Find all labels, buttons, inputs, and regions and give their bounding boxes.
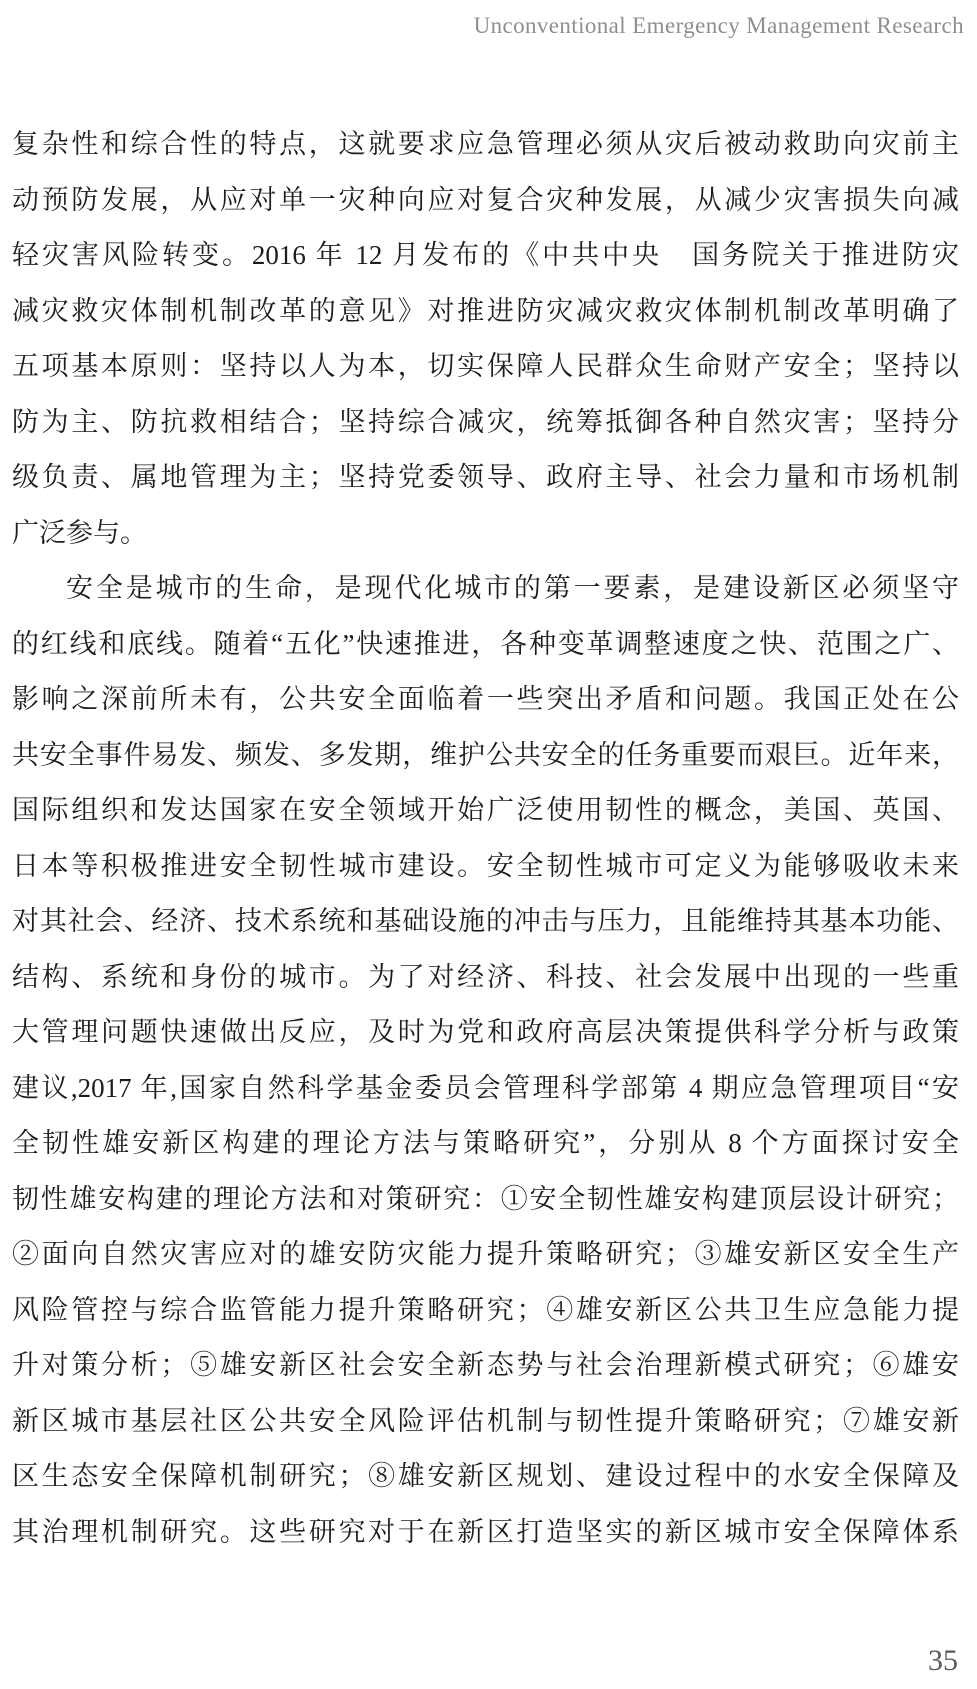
paragraph: 安全是城市的生命，是现代化城市的第一要素，是建设新区必须坚守的红线和底线。随着“… <box>12 561 959 1560</box>
paragraph: 复杂性和综合性的特点，这就要求应急管理必须从灾后被动救助向灾前主动预防发展，从应… <box>12 117 959 561</box>
text-line: 新区城市基层社区公共安全风险评估机制与韧性提升策略研究；⑦雄安新 <box>12 1394 959 1450</box>
text-line: 复杂性和综合性的特点，这就要求应急管理必须从灾后被动救助向灾前主 <box>12 117 959 173</box>
text-line: 级负责、属地管理为主；坚持党委领导、政府主导、社会力量和市场机制 <box>12 450 959 506</box>
text-line: 对其社会、经济、技术系统和基础设施的冲击与压力，且能维持其基本功能、 <box>12 894 959 950</box>
text-line: 减灾救灾体制机制改革的意见》对推进防灾减灾救灾体制机制改革明确了 <box>12 284 959 340</box>
text-line: 的红线和底线。随着“五化”快速推进，各种变革调整速度之快、范围之广、 <box>12 617 959 673</box>
running-header: Unconventional Emergency Management Rese… <box>474 12 964 40</box>
document-page: Unconventional Emergency Management Rese… <box>0 0 977 1689</box>
text-line: 建议,2017 年,国家自然科学基金委员会管理科学部第 4 期应急管理项目“安 <box>12 1061 959 1117</box>
text-line: 国际组织和发达国家在安全领域开始广泛使用韧性的概念，美国、英国、 <box>12 783 959 839</box>
text-line: 五项基本原则：坚持以人为本，切实保障人民群众生命财产安全；坚持以 <box>12 339 959 395</box>
page-number: 35 <box>928 1646 958 1676</box>
text-line: 轻灾害风险转变。2016 年 12 月发布的《中共中央 国务院关于推进防灾 <box>12 228 959 284</box>
text-line: 广泛参与。 <box>12 506 959 562</box>
text-line: 升对策分析；⑤雄安新区社会安全新态势与社会治理新模式研究；⑥雄安 <box>12 1338 959 1394</box>
text-line: 防为主、防抗救相结合；坚持综合减灾，统筹抵御各种自然灾害；坚持分 <box>12 395 959 451</box>
text-line: 韧性雄安构建的理论方法和对策研究：①安全韧性雄安构建顶层设计研究； <box>12 1172 959 1228</box>
text-line: 全韧性雄安新区构建的理论方法与策略研究”，分别从 8 个方面探讨安全 <box>12 1116 959 1172</box>
text-line: 其治理机制研究。这些研究对于在新区打造坚实的新区城市安全保障体系 <box>12 1505 959 1561</box>
text-line: 结构、系统和身份的城市。为了对经济、科技、社会发展中出现的一些重 <box>12 950 959 1006</box>
text-line: 大管理问题快速做出反应，及时为党和政府高层决策提供科学分析与政策 <box>12 1005 959 1061</box>
text-line: 影响之深前所未有，公共安全面临着一些突出矛盾和问题。我国正处在公 <box>12 672 959 728</box>
text-line: 共安全事件易发、频发、多发期，维护公共安全的任务重要而艰巨。近年来， <box>12 728 959 784</box>
text-line: 风险管控与综合监管能力提升策略研究；④雄安新区公共卫生应急能力提 <box>12 1283 959 1339</box>
text-line: ②面向自然灾害应对的雄安防灾能力提升策略研究；③雄安新区安全生产 <box>12 1227 959 1283</box>
text-line: 区生态安全保障机制研究；⑧雄安新区规划、建设过程中的水安全保障及 <box>12 1449 959 1505</box>
text-line: 日本等积极推进安全韧性城市建设。安全韧性城市可定义为能够吸收未来 <box>12 839 959 895</box>
text-line: 动预防发展，从应对单一灾种向应对复合灾种发展，从减少灾害损失向减 <box>12 173 959 229</box>
page-body: 复杂性和综合性的特点，这就要求应急管理必须从灾后被动救助向灾前主动预防发展，从应… <box>12 117 959 1560</box>
text-line: 安全是城市的生命，是现代化城市的第一要素，是建设新区必须坚守 <box>12 561 959 617</box>
